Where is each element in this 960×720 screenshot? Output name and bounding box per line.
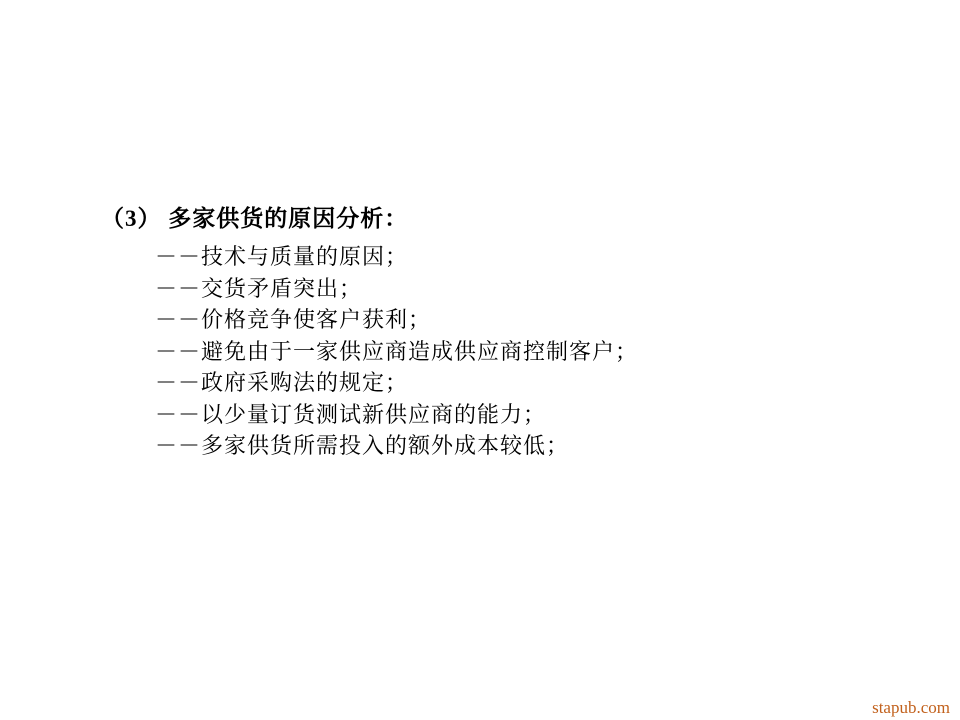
bullet-line: －－价格竞争使客户获利； [155,304,881,336]
slide-text-block: （3） 多家供货的原因分析： －－技术与质量的原因； －－交货矛盾突出； －－价… [101,204,881,462]
bullet-line: －－交货矛盾突出； [155,273,881,305]
slide-title: （3） 多家供货的原因分析： [101,204,881,234]
bullet-line: －－政府采购法的规定； [155,367,881,399]
slide-canvas: （3） 多家供货的原因分析： －－技术与质量的原因； －－交货矛盾突出； －－价… [0,0,960,720]
bullet-line: －－以少量订货测试新供应商的能力； [155,399,881,431]
bullet-line: －－多家供货所需投入的额外成本较低； [155,430,881,462]
bullet-line: －－技术与质量的原因； [155,241,881,273]
bullet-line: －－避免由于一家供应商造成供应商控制客户； [155,336,881,368]
bullet-list: －－技术与质量的原因； －－交货矛盾突出； －－价格竞争使客户获利； －－避免由… [101,241,881,462]
watermark-text: stapub.com [872,699,950,716]
